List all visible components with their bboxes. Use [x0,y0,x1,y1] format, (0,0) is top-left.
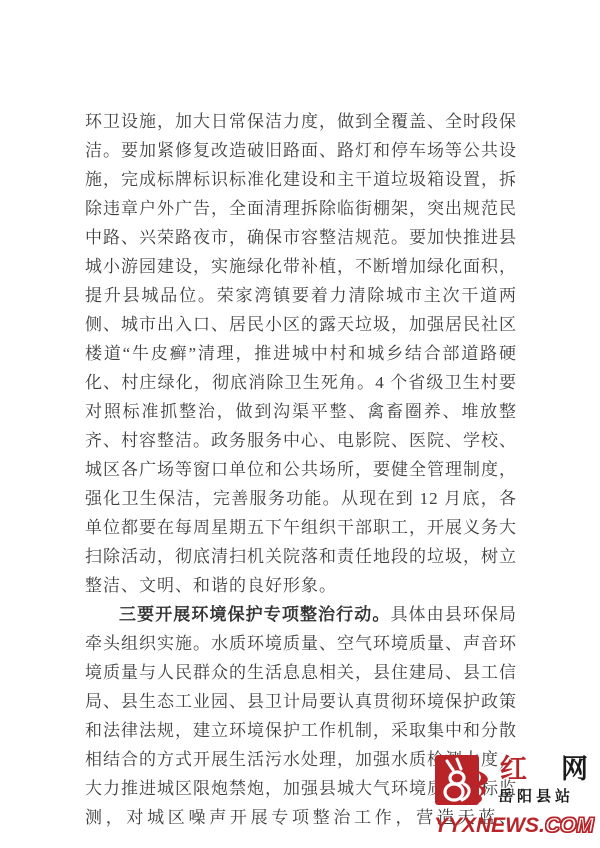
logo-text-column: 红 网 岳阳县站 [494,750,592,806]
rednet-emblem-icon [434,750,494,812]
brand-name: 红 网 [500,754,588,784]
brand-char-wang: 网 [561,754,588,784]
domain-solid-part: YYXNEWS. [434,814,545,837]
document-page: 环卫设施，加大日常保洁力度，做到全覆盖、全时段保洁。要加紧修复改造破旧路面、路灯… [0,0,600,848]
document-body: 环卫设施，加大日常保洁力度，做到全覆盖、全时段保洁。要加紧修复改造破旧路面、路灯… [85,107,517,832]
paragraph-lead: 三要开展环境保护专项整治行动。 [119,605,390,624]
paragraph: 环卫设施，加大日常保洁力度，做到全覆盖、全时段保洁。要加紧修复改造破旧路面、路灯… [85,107,517,600]
site-domain: YYXNEWS.COM [434,814,592,838]
rednet-site-logo: 红 网 岳阳县站 YYXNEWS.COM [434,750,592,838]
logo-top-row: 红 网 岳阳县站 [434,750,592,812]
domain-outline-part: COM [545,814,594,837]
paragraph-text: 环卫设施，加大日常保洁力度，做到全覆盖、全时段保洁。要加紧修复改造破旧路面、路灯… [85,112,517,595]
brand-char-hong: 红 [500,754,527,784]
station-label: 岳阳县站 [498,785,592,806]
